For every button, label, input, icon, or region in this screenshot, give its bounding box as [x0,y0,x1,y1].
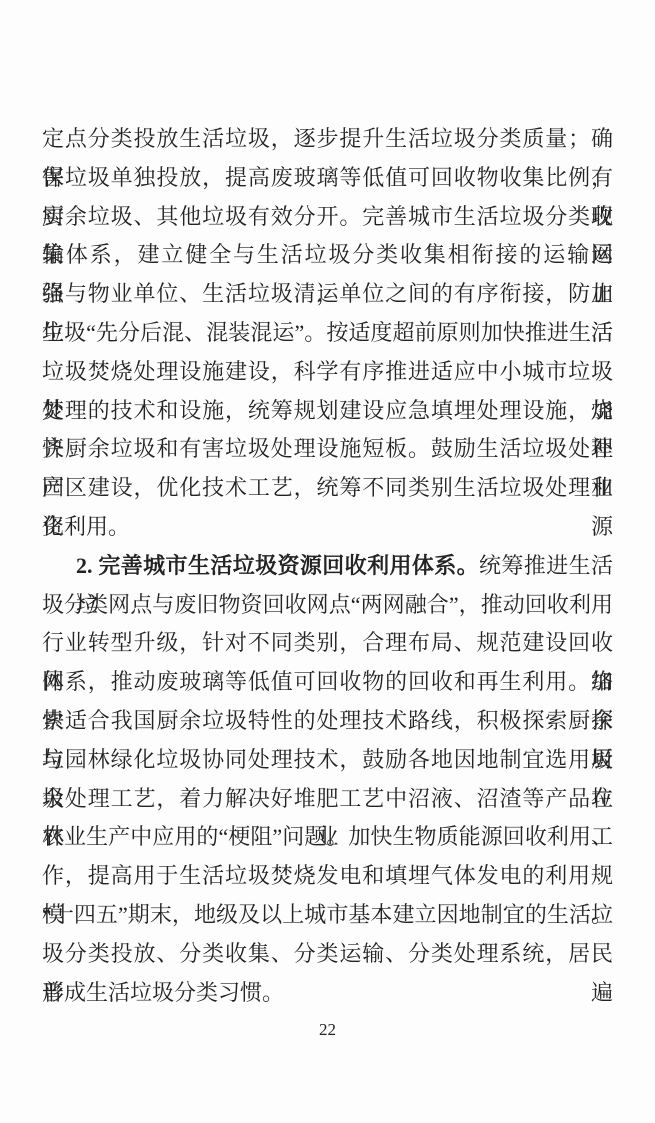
text-line: 林业生产中应用的“梗阻”问题。加快生物质能源回收利用工 [42,818,613,857]
text-line: 行业转型升级，针对不同类别，合理布局、规范建设回收网络 [42,624,613,663]
text-line: 圾处理工艺，着力解决好堆肥工艺中沼液、沼渣等产品在农业、 [42,780,613,819]
page-number: 22 [0,1020,655,1040]
text-line: 2. 完善城市生活垃圾资源回收利用体系。统筹推进生活垃 [42,547,613,586]
text-line: 与园林绿化垃圾协同处理技术，鼓励各地因地制宜选用厨余垃 [42,741,613,780]
text-line: 垃圾“先分后混、混装混运”。按适度超前原则加快推进生活 [42,314,613,353]
para-2: 2. 完善城市生活垃圾资源回收利用体系。统筹推进生活垃圾分类网点与废旧物资回收网… [42,547,613,1013]
line-text: 化利用。 [42,514,130,539]
text-line: 园区建设，优化技术工艺，统筹不同类别生活垃圾处理和资源 [42,469,613,508]
text-line: 处理的技术和设施，统筹规划建设应急填埋处理设施，加快补 [42,392,613,431]
text-line: 作，提高用于生活垃圾焚烧发电和填埋气体发电的利用规模。 [42,857,613,896]
text-line: 齐厨余垃圾和有害垃圾处理设施短板。鼓励生活垃圾处理产业 [42,430,613,469]
line-text: 垃圾“先分后混、混装混运”。按适度超前原则加快推进生活 [42,320,613,345]
line-text: 形成生活垃圾分类习惯。 [42,980,284,1005]
text-line: 输体系，建立健全与生活垃圾分类收集相衔接的运输网络，加 [42,236,613,275]
line-text: “十四五”期末，地级及以上城市基本建立因地制宜的生活垃 [42,902,613,927]
text-line: 体系，推动废玻璃等低值可回收物的回收和再生利用。加快探 [42,663,613,702]
section-heading: 2. 完善城市生活垃圾资源回收利用体系。 [76,553,479,578]
text-line: 圾分类网点与废旧物资回收网点“两网融合”，推动回收利用 [42,586,613,625]
line-text: 林业生产中应用的“梗阻”问题。加快生物质能源回收利用工 [42,824,613,849]
line-text: 圾分类网点与废旧物资回收网点“两网融合”，推动回收利用 [42,592,613,617]
text-line: 圾分类投放、分类收集、分类运输、分类处理系统，居民普遍 [42,935,613,974]
text-line: 垃圾焚烧处理设施建设，科学有序推进适应中小城市垃圾焚烧 [42,353,613,392]
text-line: “十四五”期末，地级及以上城市基本建立因地制宜的生活垃 [42,896,613,935]
text-line: 定点分类投放生活垃圾，逐步提升生活垃圾分类质量；确保有 [42,120,613,159]
text-line: 厨余垃圾、其他垃圾有效分开。完善城市生活垃圾分类收集运 [42,198,613,237]
text-line: 害垃圾单独投放，提高废玻璃等低值可回收物收集比例，实现 [42,159,613,198]
text-block: 定点分类投放生活垃圾，逐步提升生活垃圾分类质量；确保有害垃圾单独投放，提高废玻璃… [42,120,613,1012]
text-line: 强与物业单位、生活垃圾清运单位之间的有序衔接，防止生活 [42,275,613,314]
document-page: 定点分类投放生活垃圾，逐步提升生活垃圾分类质量；确保有害垃圾单独投放，提高废玻璃… [0,0,655,1123]
para-1: 定点分类投放生活垃圾，逐步提升生活垃圾分类质量；确保有害垃圾单独投放，提高废玻璃… [42,120,613,547]
text-line: 索适合我国厨余垃圾特性的处理技术路线，积极探索厨余垃圾 [42,702,613,741]
